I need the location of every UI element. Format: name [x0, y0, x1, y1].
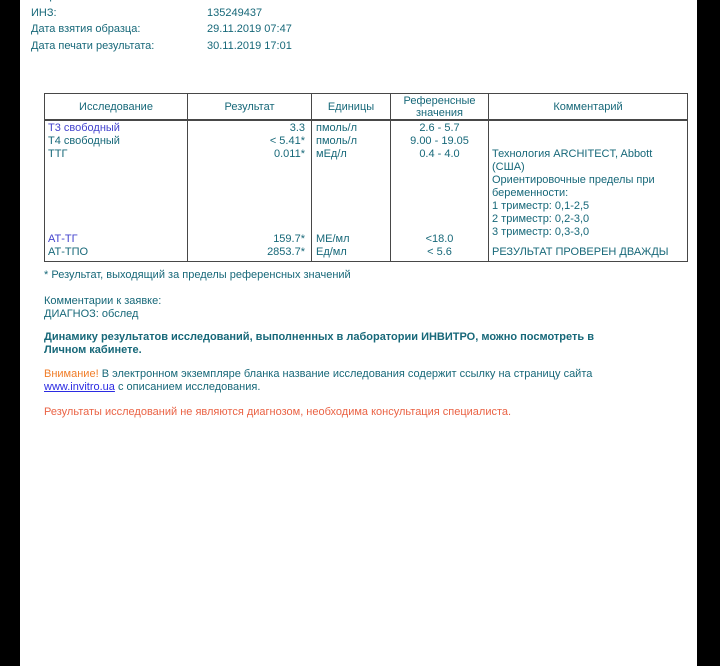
result-t4-free: < 5.41*	[188, 135, 311, 148]
ref-t3-free: 2.6 - 5.7	[391, 122, 488, 135]
info-row-print-date: Дата печати результата:30.11.2019 17:01	[31, 38, 697, 55]
units-t4-free: пмоль/л	[312, 135, 390, 148]
comment-column: Технология ARCHITECT, Abbott (США) Ориен…	[489, 121, 687, 261]
col-header-result: Результат	[188, 94, 312, 121]
col-header-test: Исследование	[45, 94, 188, 121]
comment-trimester-2: 2 триместр: 0,2-3,0	[492, 213, 687, 226]
dynamics-notice: Динамику результатов исследований, выпол…	[44, 331, 629, 357]
patient-info-block: Возраст:47 ИНЗ:135249437 Дата взятия обр…	[20, 0, 697, 54]
units-ttg: мЕд/л	[312, 148, 390, 161]
test-name-ttg: ТТГ	[45, 148, 187, 161]
col-header-comment: Комментарий	[489, 94, 687, 121]
result-ttg: 0.011*	[188, 148, 311, 161]
attention-text-after-link: с описанием исследования.	[115, 381, 260, 393]
col-header-units: Единицы	[312, 94, 391, 121]
comment-trimester-1: 1 триместр: 0,1-2,5	[492, 200, 687, 213]
col-header-reference: Референсные значения	[391, 94, 489, 121]
comment-technology: Технология ARCHITECT, Abbott	[492, 148, 687, 161]
attention-notice: Внимание! В электронном экземпляре бланк…	[44, 368, 629, 394]
results-table: Исследование Результат Единицы Референсн…	[44, 93, 688, 262]
test-name-at-tpo: АТ-ТПО	[45, 246, 187, 259]
sample-date-label: Дата взятия образца:	[31, 21, 207, 38]
units-t3-free: пмоль/л	[312, 122, 390, 135]
info-row-sample-date: Дата взятия образца:29.11.2019 07:47	[31, 21, 697, 38]
ref-t4-free: 9.00 - 19.05	[391, 135, 488, 148]
sample-date-value: 29.11.2019 07:47	[207, 21, 292, 38]
result-at-tg: 159.7*	[188, 233, 311, 246]
attention-text-before-link: В электронном экземпляре бланка название…	[99, 368, 593, 380]
out-of-range-footnote: * Результат, выходящий за пределы рефере…	[44, 269, 697, 282]
test-name-column: Т3 свободный Т4 свободный ТТГ АТ-ТГ АТ-Т…	[45, 121, 188, 261]
invitro-site-link[interactable]: www.invitro.ua	[44, 381, 115, 393]
result-at-tpo: 2853.7*	[188, 246, 311, 259]
comment-trimester-3: 3 триместр: 0,3-3,0	[492, 226, 687, 239]
request-comments-block: Комментарии к заявке: ДИАГНОЗ: обслед	[44, 295, 697, 321]
inz-label: ИНЗ:	[31, 5, 207, 22]
reference-column: 2.6 - 5.7 9.00 - 19.05 0.4 - 4.0 <18.0 <…	[391, 121, 489, 261]
lab-report-page: Возраст:47 ИНЗ:135249437 Дата взятия обр…	[20, 0, 697, 666]
ref-at-tpo: < 5.6	[391, 246, 488, 259]
ref-ttg: 0.4 - 4.0	[391, 148, 488, 161]
comment-pregnancy: беременности:	[492, 187, 687, 200]
attention-label: Внимание!	[44, 368, 99, 380]
test-name-at-tg[interactable]: АТ-ТГ	[45, 233, 187, 246]
comment-pregnancy-limits: Ориентировочные пределы при	[492, 174, 687, 187]
inz-value: 135249437	[207, 5, 262, 22]
units-column: пмоль/л пмоль/л мЕд/л МЕ/мл Ед/мл	[312, 121, 391, 261]
comment-result-checked-twice: РЕЗУЛЬТАТ ПРОВЕРЕН ДВАЖДЫ	[489, 246, 687, 259]
units-at-tpo: Ед/мл	[312, 246, 390, 259]
test-name-t3-free[interactable]: Т3 свободный	[45, 122, 187, 135]
test-name-t4-free: Т4 свободный	[45, 135, 187, 148]
info-row-inz: ИНЗ:135249437	[31, 5, 697, 22]
ref-at-tg: <18.0	[391, 233, 488, 246]
comment-usa: (США)	[492, 161, 687, 174]
units-at-tg: МЕ/мл	[312, 233, 390, 246]
diagnosis-line: ДИАГНОЗ: обслед	[44, 308, 697, 321]
not-a-diagnosis-disclaimer: Результаты исследований не являются диаг…	[44, 406, 664, 419]
print-date-value: 30.11.2019 17:01	[207, 38, 292, 55]
result-t3-free: 3.3	[188, 122, 311, 135]
result-column: 3.3 < 5.41* 0.011* 159.7* 2853.7*	[188, 121, 312, 261]
print-date-label: Дата печати результата:	[31, 38, 207, 55]
request-comments-title: Комментарии к заявке:	[44, 295, 697, 308]
